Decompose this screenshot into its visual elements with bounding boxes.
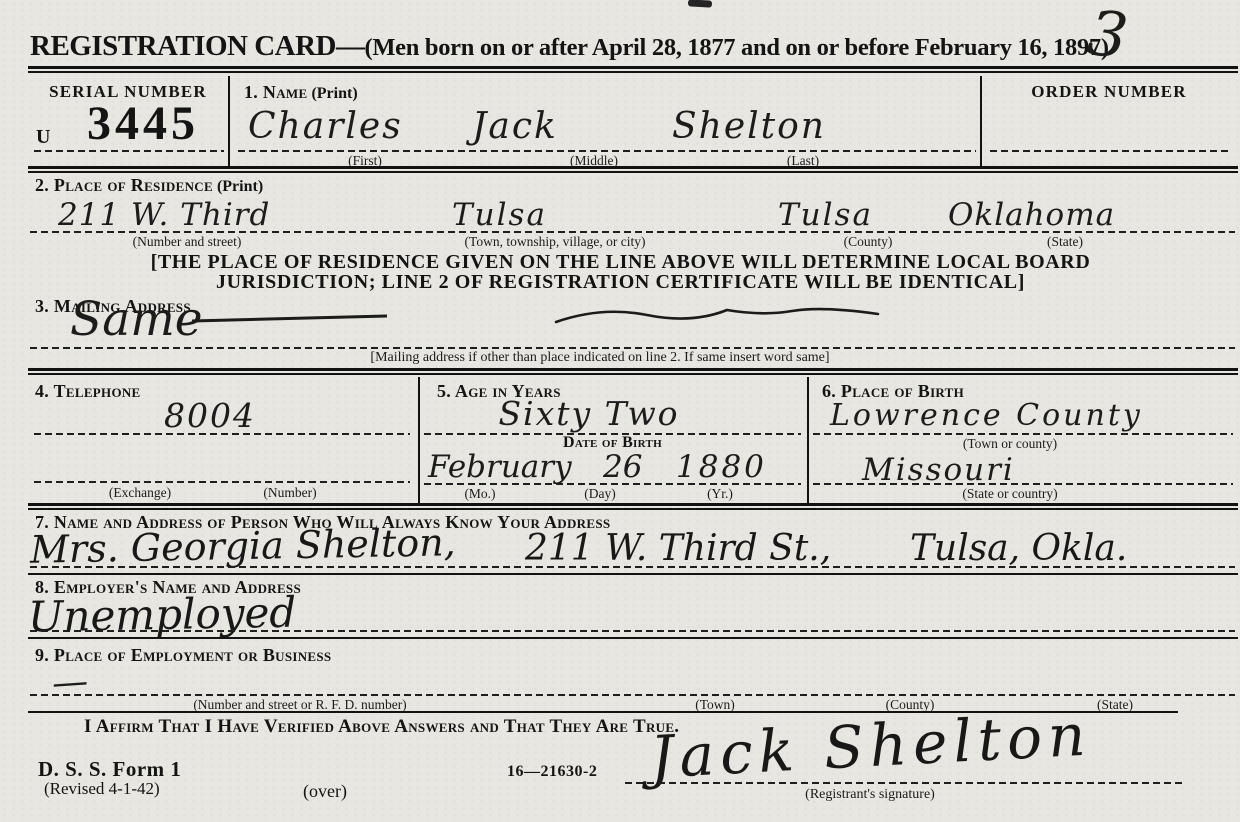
mailing-sub: [Mailing address if other than place ind… xyxy=(0,350,1200,366)
residence-label-text: 2. Place of Residence xyxy=(35,175,213,195)
contact-city-value: Tulsa, Okla. xyxy=(910,528,1127,569)
handwritten-page-mark: 3 xyxy=(1084,0,1132,73)
ink-stroke xyxy=(192,314,387,322)
name-first-value: Charles xyxy=(248,106,403,147)
serial-entry-line xyxy=(34,150,224,152)
card-title: REGISTRATION CARD—(Men born on or after … xyxy=(30,30,1109,63)
dob-year-value: 1880 xyxy=(676,449,767,485)
affirmation-text: I Affirm That I Have Verified Above Answ… xyxy=(84,716,679,738)
contact-street-value: 211 W. Third St., xyxy=(525,528,831,569)
employer-value: Unemployed xyxy=(28,588,297,642)
divider-name-order xyxy=(980,76,982,167)
card-title-subtitle: (Men born on or after April 28, 1877 and… xyxy=(364,34,1108,61)
row1-bottom-rule-b xyxy=(28,171,1238,173)
signature-sub: (Registrant's signature) xyxy=(745,787,995,803)
residence-entry-line xyxy=(30,231,1235,233)
name-last-value: Shelton xyxy=(672,106,826,147)
dob-sub-mo: (Mo.) xyxy=(440,486,520,502)
employment-entry-line xyxy=(30,694,1235,696)
dob-month-value: February xyxy=(428,449,572,485)
row4-bottom-rule-b xyxy=(28,508,1238,510)
name-label-print: (Print) xyxy=(311,85,357,102)
telephone-line2 xyxy=(34,481,410,483)
row5-bottom-rule xyxy=(28,573,1238,575)
telephone-sub-exchange: (Exchange) xyxy=(90,485,190,501)
contact-name-value: Mrs. Georgia Shelton, xyxy=(30,520,456,571)
residence-county-value: Tulsa xyxy=(778,197,873,233)
name-label-text: 1. Name xyxy=(244,82,307,102)
card-title-main: REGISTRATION CARD— xyxy=(30,30,364,62)
name-middle-value: Jack xyxy=(472,106,558,147)
telephone-value: 8004 xyxy=(110,396,310,435)
dob-day-value: 26 xyxy=(603,449,642,485)
birth-line2 xyxy=(813,483,1233,485)
residence-label-print: (Print) xyxy=(217,178,263,195)
registration-card: REGISTRATION CARD—(Men born on or after … xyxy=(0,0,1240,822)
name-entry-line xyxy=(238,150,976,152)
print-code: 16—21630-2 xyxy=(507,763,597,781)
employment-value: — xyxy=(51,661,90,704)
row3-bottom-rule-b xyxy=(28,373,1238,375)
residence-town-value: Tulsa xyxy=(452,197,547,233)
over-note: (over) xyxy=(303,781,347,802)
double-rule-top-b xyxy=(28,71,1238,73)
form-revised: (Revised 4-1-42) xyxy=(44,779,160,799)
serial-number-value: 3445 xyxy=(68,96,218,151)
telephone-sub-number: (Number) xyxy=(240,485,340,501)
mailing-value: Same xyxy=(70,292,203,347)
order-entry-line xyxy=(990,150,1232,152)
age-value: Sixty Two xyxy=(424,394,754,433)
residence-sub-state: (State) xyxy=(1015,234,1115,250)
divider-age-birth xyxy=(807,377,809,503)
residence-label: 2. Place of Residence (Print) xyxy=(35,175,263,196)
order-number-label: ORDER NUMBER xyxy=(985,82,1233,102)
ink-squiggle xyxy=(552,300,882,330)
contact-entry-line xyxy=(30,566,1235,568)
residence-sub-county: (County) xyxy=(818,234,918,250)
residence-sub-street: (Number and street) xyxy=(87,234,287,250)
birth-sub-state: (State or country) xyxy=(910,486,1110,502)
jurisdiction-notice-line2: JURISDICTION; LINE 2 OF REGISTRATION CER… xyxy=(28,271,1213,294)
dob-sub-day: (Day) xyxy=(560,486,640,502)
row6-bottom-rule xyxy=(28,637,1238,639)
employer-entry-line xyxy=(30,630,1235,632)
divider-serial-name xyxy=(228,76,230,167)
row4-bottom-rule-a xyxy=(28,503,1238,506)
residence-sub-town: (Town, township, village, or city) xyxy=(425,234,685,250)
birth-line1 xyxy=(813,433,1233,435)
residence-state-value: Oklahoma xyxy=(948,197,1115,233)
double-rule-top-a xyxy=(28,66,1238,69)
signature-line xyxy=(625,782,1185,784)
ink-smudge xyxy=(688,0,712,8)
mailing-entry-line xyxy=(30,347,1235,349)
dob-sub-yr: (Yr.) xyxy=(680,486,760,502)
birth-town-value: Lowrence County xyxy=(830,398,1143,433)
telephone-line1 xyxy=(34,433,410,435)
birth-sub-town: (Town or county) xyxy=(910,436,1110,452)
dob-line xyxy=(424,483,801,485)
divider-tel-age xyxy=(418,377,420,503)
row1-bottom-rule-a xyxy=(28,166,1238,169)
serial-prefix: U xyxy=(36,126,50,149)
registrant-signature: Jack Shelton xyxy=(649,700,1093,791)
row3-bottom-rule-a xyxy=(28,368,1238,371)
name-label: 1. Name (Print) xyxy=(244,82,358,103)
residence-street-value: 211 W. Third xyxy=(58,197,270,233)
